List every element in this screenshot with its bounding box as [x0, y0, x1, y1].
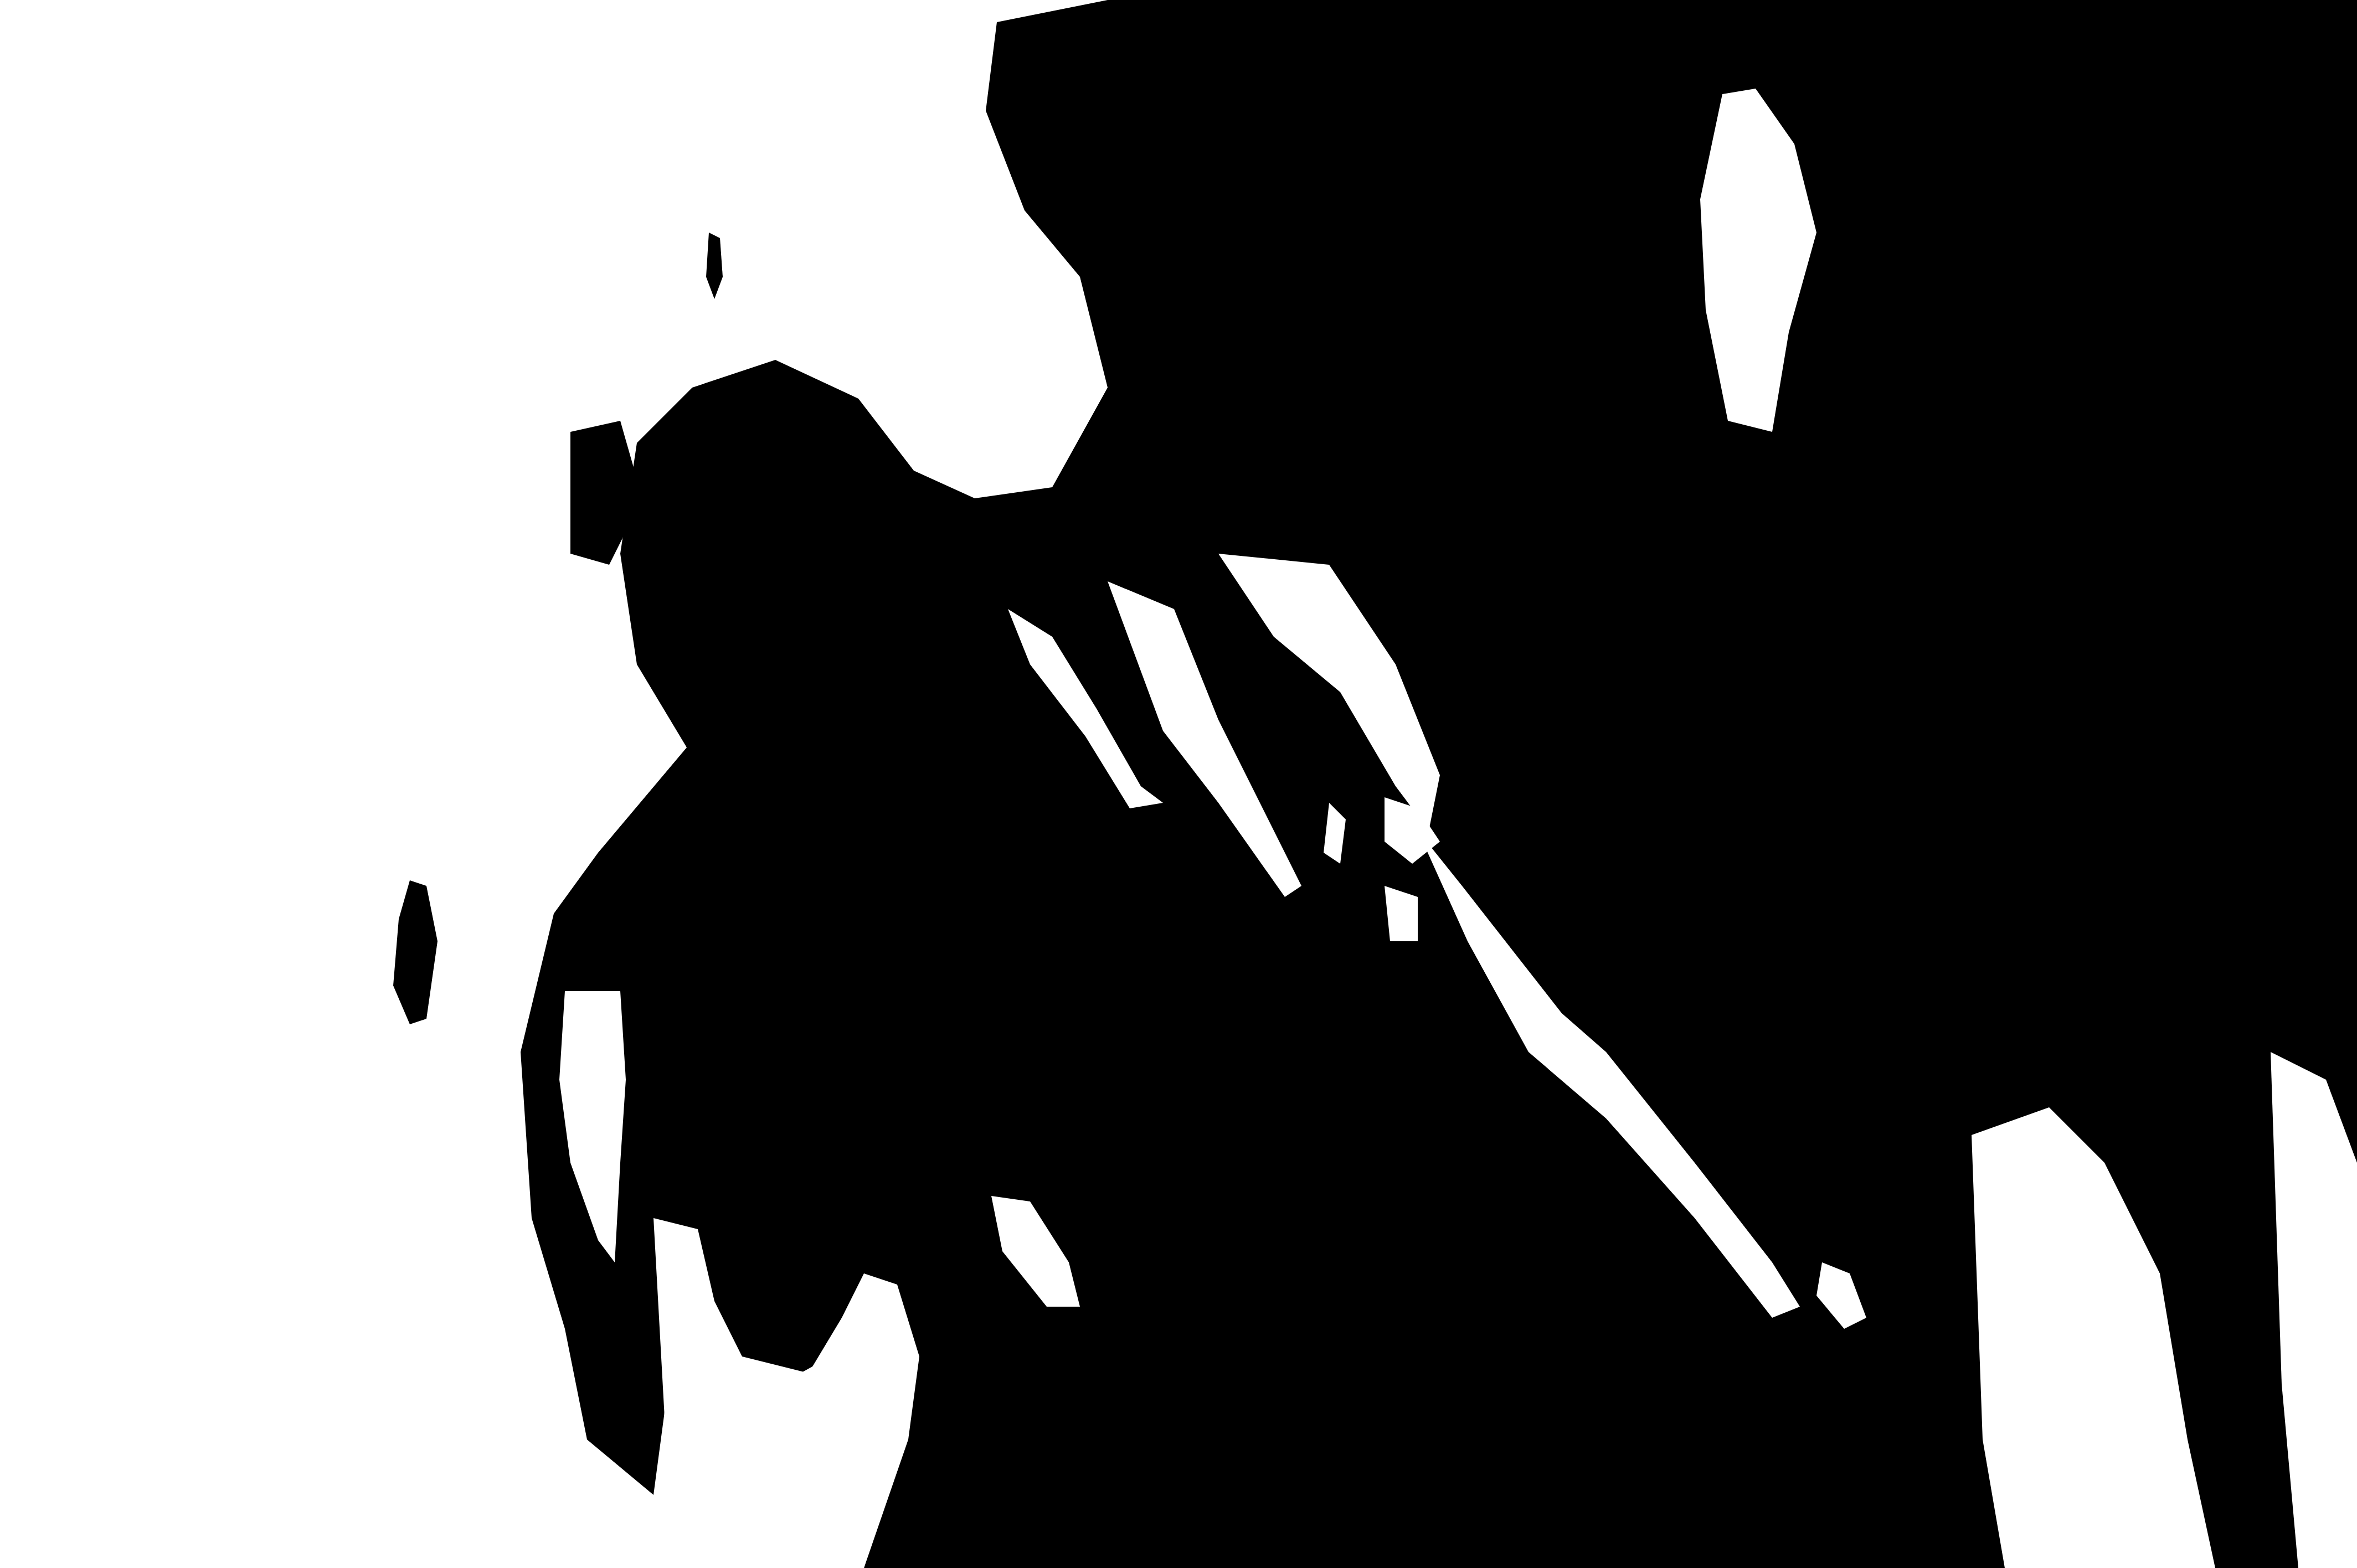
thresholded-photo	[0, 0, 2357, 1568]
